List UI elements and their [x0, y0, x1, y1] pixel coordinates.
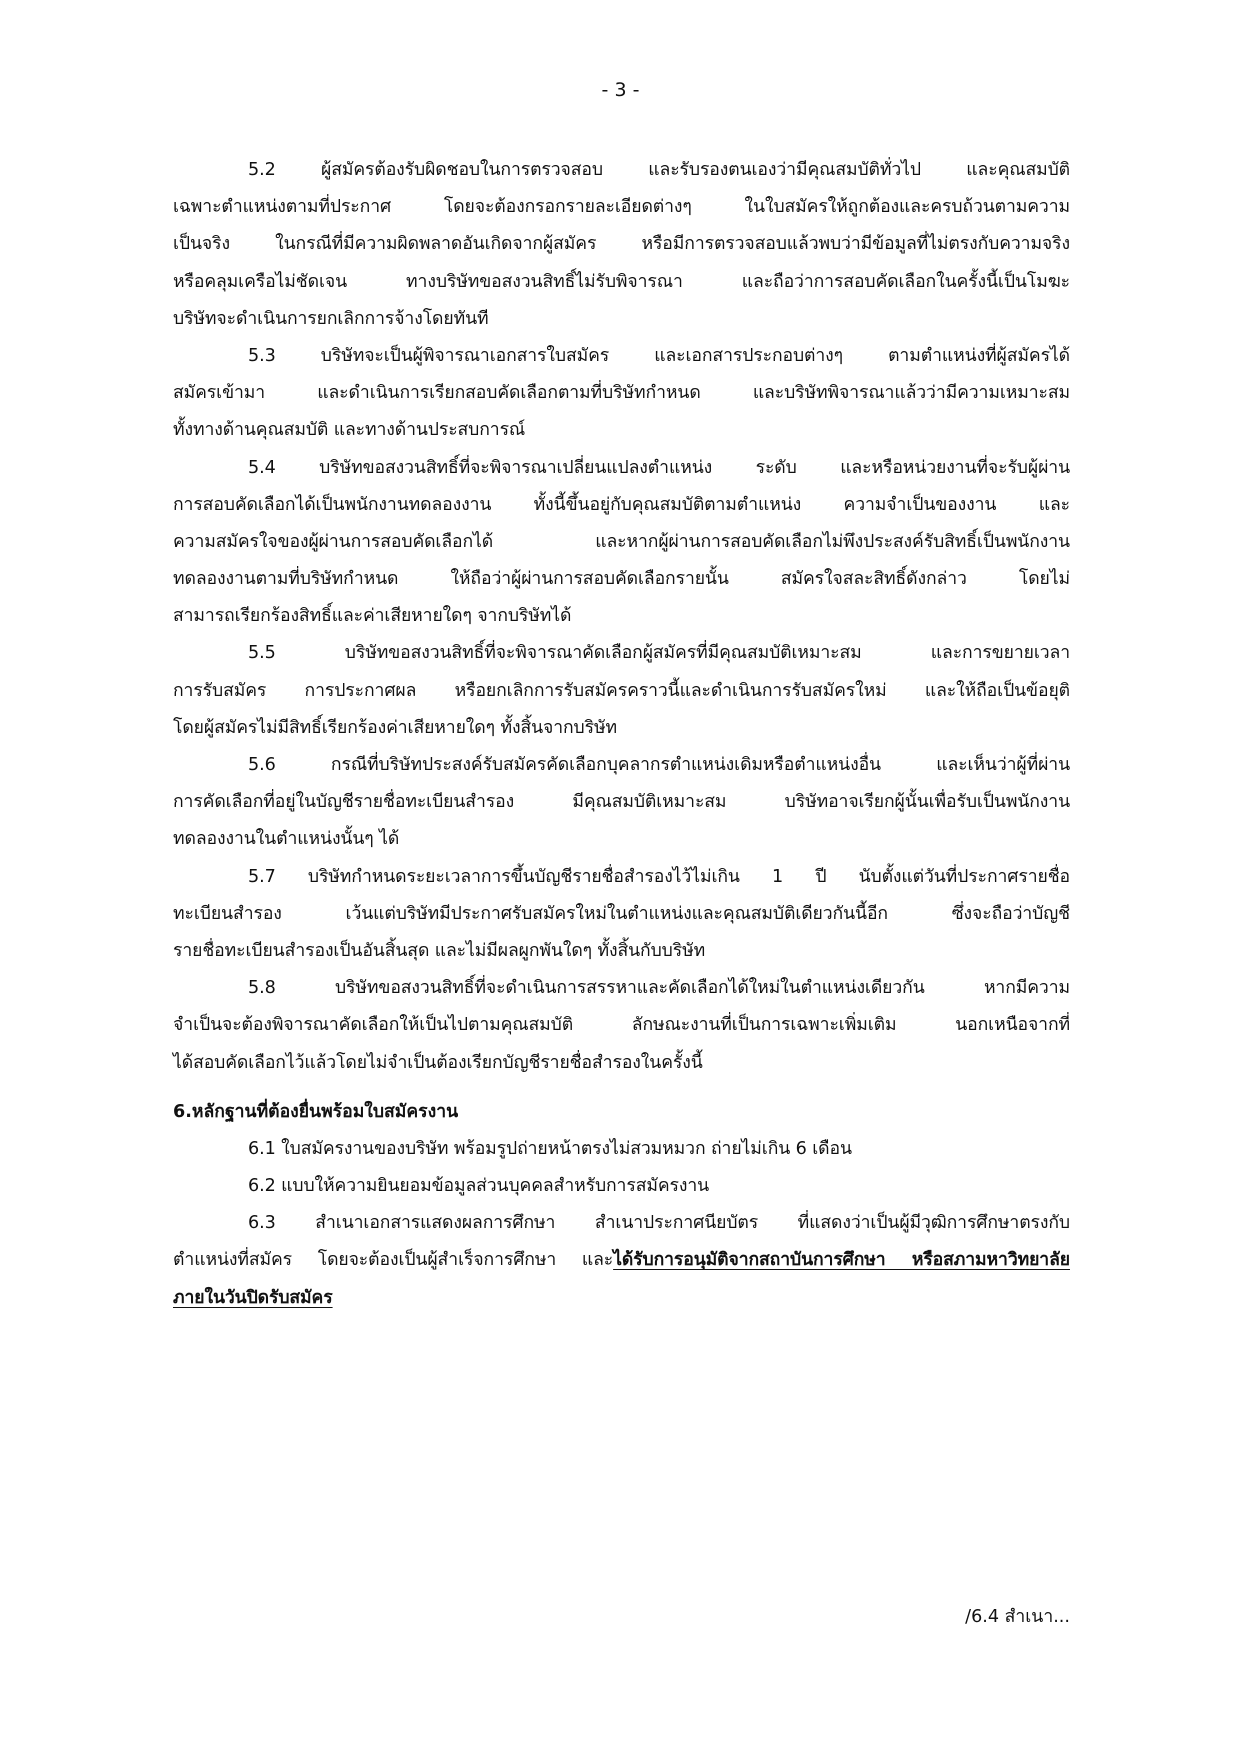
clause-line: 5.4 บริษัทขอสงวนสิทธิ์ที่จะพิจารณาเปลี่ย…	[173, 450, 1070, 487]
clause-line: ความสมัครใจของผู้ผ่านการสอบคัดเลือกได้ แ…	[173, 524, 1070, 561]
item-line: 6.1 ใบสมัครงานของบริษัท พร้อมรูปถ่ายหน้า…	[173, 1131, 1070, 1168]
item-6-3-emphasis-deadline: ภายในวันปิดรับสมัคร	[173, 1288, 333, 1308]
clause-line: ทดลองงานในตำแหน่งนั้นๆ ได้	[173, 821, 1070, 858]
clause-5-7: 5.7 บริษัทกำหนดระยะเวลาการขึ้นบัญชีรายชื…	[173, 859, 1070, 971]
clause-line: 5.6 กรณีที่บริษัทประสงค์รับสมัครคัดเลือก…	[173, 747, 1070, 784]
clause-line: 5.8 บริษัทขอสงวนสิทธิ์ที่จะดำเนินการสรรห…	[173, 970, 1070, 1007]
clause-5-8: 5.8 บริษัทขอสงวนสิทธิ์ที่จะดำเนินการสรรห…	[173, 970, 1070, 1082]
page-number: - 3 -	[0, 78, 1241, 102]
clause-line: ได้สอบคัดเลือกไว้แล้วโดยไม่จำเป็นต้องเรี…	[173, 1045, 1070, 1082]
item-line: ตำแหน่งที่สมัคร โดยจะต้องเป็นผู้สำเร็จกา…	[173, 1242, 1070, 1279]
clause-line: ทะเบียนสำรอง เว้นแต่บริษัทมีประกาศรับสมั…	[173, 896, 1070, 933]
clause-line: เป็นจริง ในกรณีที่มีความผิดพลาดอันเกิดจา…	[173, 226, 1070, 263]
clause-line: บริษัทจะดำเนินการยกเลิกการจ้างโดยทันที	[173, 301, 1070, 338]
clause-line: การรับสมัคร การประกาศผล หรือยกเลิกการรับ…	[173, 673, 1070, 710]
item-6-3-plain-text: ตำแหน่งที่สมัคร โดยจะต้องเป็นผู้สำเร็จกา…	[173, 1250, 613, 1270]
item-6-3: 6.3 สำเนาเอกสารแสดงผลการศึกษา สำเนาประกา…	[173, 1205, 1070, 1317]
document-body: 5.2 ผู้สมัครต้องรับผิดชอบในการตรวจสอบ แล…	[173, 152, 1070, 1317]
continued-marker: /6.4 สำเนา...	[965, 1605, 1070, 1629]
clause-5-5: 5.5 บริษัทขอสงวนสิทธิ์ที่จะพิจารณาคัดเลื…	[173, 635, 1070, 747]
section-6-heading: 6.หลักฐานที่ต้องยื่นพร้อมใบสมัครงาน	[173, 1094, 1070, 1131]
clause-line: ทดลองงานตามที่บริษัทกำหนด ให้ถือว่าผู้ผ่…	[173, 561, 1070, 598]
clause-line: โดยผู้สมัครไม่มีสิทธิ์เรียกร้องค่าเสียหา…	[173, 710, 1070, 747]
clause-line: ทั้งทางด้านคุณสมบัติ และทางด้านประสบการณ…	[173, 412, 1070, 449]
item-line: 6.2 แบบให้ความยินยอมข้อมูลส่วนบุคคลสำหรั…	[173, 1168, 1070, 1205]
clause-line: รายชื่อทะเบียนสำรองเป็นอันสิ้นสุด และไม่…	[173, 933, 1070, 970]
item-line: ภายในวันปิดรับสมัคร	[173, 1280, 1070, 1317]
clause-line: 5.2 ผู้สมัครต้องรับผิดชอบในการตรวจสอบ แล…	[173, 152, 1070, 189]
clause-line: จำเป็นจะต้องพิจารณาคัดเลือกให้เป็นไปตามค…	[173, 1007, 1070, 1044]
clause-line: 5.3 บริษัทจะเป็นผู้พิจารณาเอกสารใบสมัคร …	[173, 338, 1070, 375]
clause-5-3: 5.3 บริษัทจะเป็นผู้พิจารณาเอกสารใบสมัคร …	[173, 338, 1070, 450]
item-6-1: 6.1 ใบสมัครงานของบริษัท พร้อมรูปถ่ายหน้า…	[173, 1131, 1070, 1168]
clause-line: สามารถเรียกร้องสิทธิ์และค่าเสียหายใดๆ จา…	[173, 598, 1070, 635]
clause-5-6: 5.6 กรณีที่บริษัทประสงค์รับสมัครคัดเลือก…	[173, 747, 1070, 859]
item-6-2: 6.2 แบบให้ความยินยอมข้อมูลส่วนบุคคลสำหรั…	[173, 1168, 1070, 1205]
clause-line: สมัครเข้ามา และดำเนินการเรียกสอบคัดเลือก…	[173, 375, 1070, 412]
clause-5-4: 5.4 บริษัทขอสงวนสิทธิ์ที่จะพิจารณาเปลี่ย…	[173, 450, 1070, 636]
clause-line: หรือคลุมเครือไม่ชัดเจน ทางบริษัทขอสงวนสิ…	[173, 264, 1070, 301]
clause-5-2: 5.2 ผู้สมัครต้องรับผิดชอบในการตรวจสอบ แล…	[173, 152, 1070, 338]
clause-line: 5.5 บริษัทขอสงวนสิทธิ์ที่จะพิจารณาคัดเลื…	[173, 635, 1070, 672]
clause-line: เฉพาะตำแหน่งตามที่ประกาศ โดยจะต้องกรอกรา…	[173, 189, 1070, 226]
clause-line: การคัดเลือกที่อยู่ในบัญชีรายชื่อทะเบียนส…	[173, 784, 1070, 821]
item-line: 6.3 สำเนาเอกสารแสดงผลการศึกษา สำเนาประกา…	[173, 1205, 1070, 1242]
clause-line: การสอบคัดเลือกได้เป็นพนักงานทดลองงาน ทั้…	[173, 487, 1070, 524]
item-6-3-emphasis: ได้รับการอนุมัติจากสถาบันการศึกษา หรือสภ…	[613, 1250, 1070, 1270]
clause-line: 5.7 บริษัทกำหนดระยะเวลาการขึ้นบัญชีรายชื…	[173, 859, 1070, 896]
